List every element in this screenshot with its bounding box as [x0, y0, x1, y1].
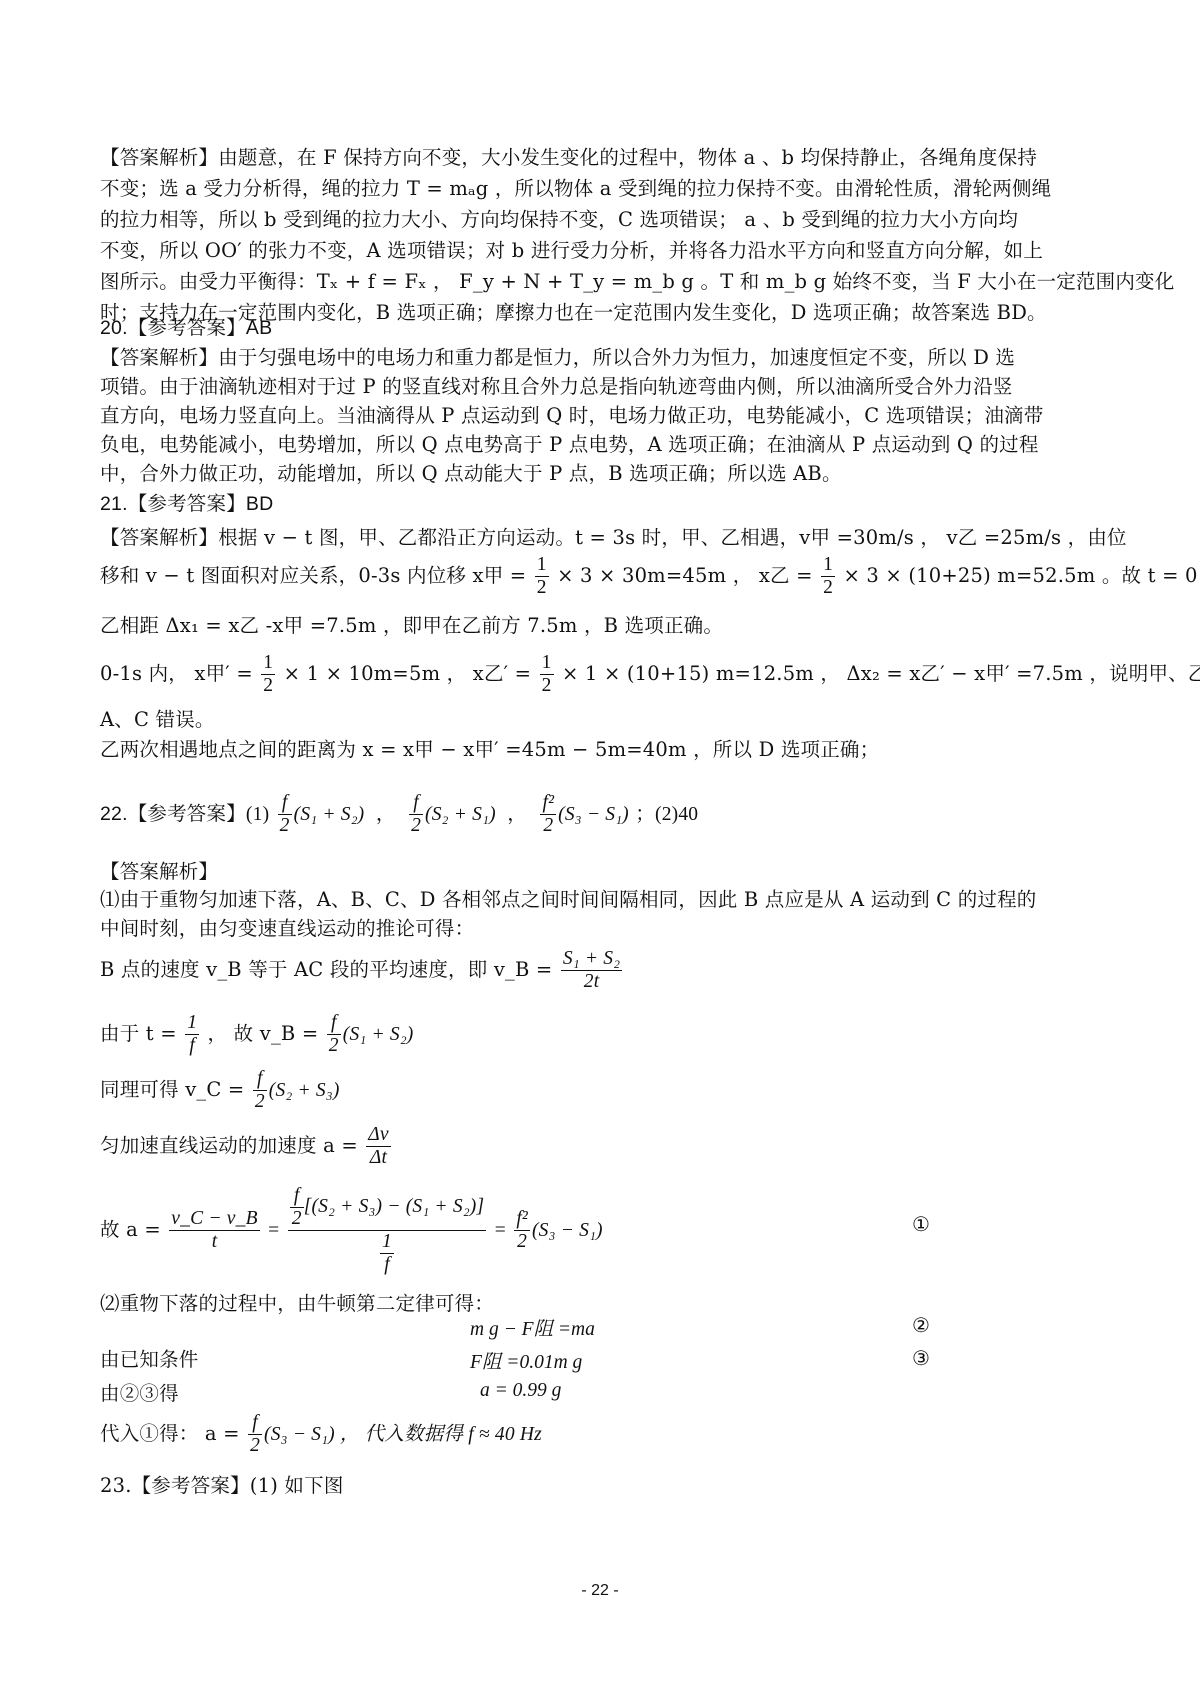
fraction-f-over-2: f2 — [248, 1412, 262, 1457]
q21-line2-text-a: × 3 × 30m=45m ， — [557, 564, 752, 587]
vb-expr: (S₁ + S₂) — [343, 1024, 414, 1045]
vb-text-2: ， 故 v_B = — [208, 1022, 319, 1045]
fraction-f-over-2: f2 — [327, 1012, 341, 1057]
answer-vb: (S₁ + S₂) — [294, 804, 365, 825]
page-number: - 22 - — [0, 1582, 1200, 1600]
equation-newton: m g − F阻 =ma — [470, 1313, 595, 1341]
fraction-half: 12 — [261, 652, 275, 697]
equation-marker-3: ③ — [912, 1346, 930, 1370]
q19-analysis-line-5: 图所示。由受力平衡得：Tₓ + f = Fₓ ， F_y + N + T_y =… — [100, 268, 1100, 296]
q22-part2-line: ⑵重物下落的过程中，由牛顿第二定律可得： — [100, 1290, 1100, 1318]
q22-analysis-line-1: ⑴由于重物匀加速下落，A、B、C、D 各相邻点之间时间间隔相同，因此 B 点应是… — [100, 886, 1100, 914]
q22-answer-header: 22.【参考答案】 — [100, 803, 246, 825]
fraction-f-over-2: f2 — [278, 792, 292, 837]
q21-analysis-line-2: 移和 v − t 图面积对应关系，0-3s 内位移 x甲 = 12 × 3 × … — [100, 552, 1100, 600]
fraction-half: 12 — [540, 652, 554, 697]
q20-analysis-line-4: 负电，电势能减小，电势增加，所以 Q 点电势高于 P 点电势，A 选项正确；在油… — [100, 431, 1100, 459]
q21-analysis-line-6: 乙两次相遇地点之间的距离为 x = x甲 − x甲′ =45m − 5m=40m… — [100, 736, 1100, 764]
t-text: 由于 t = — [100, 1022, 177, 1045]
fraction-half: 12 — [821, 554, 835, 599]
q21-analysis-line-3: 乙相距 Δx₁ = x乙 -x甲 =7.5m ，即甲在乙前方 7.5m ，B 选… — [100, 612, 1100, 640]
q22-t-line: 由于 t = 1f ， 故 v_B = f2(S₁ + S₂) — [100, 1010, 1100, 1059]
fraction-vc-minus-vb: v_C − v_Bt — [169, 1208, 259, 1253]
q22-vc-line: 同理可得 v_C = f2(S₂ + S₃) — [100, 1066, 1100, 1115]
known-condition-label: 由已知条件 — [100, 1346, 1100, 1374]
part-label: (1) — [246, 804, 269, 825]
a-text: 故 a = — [100, 1218, 161, 1241]
equation-marker-2: ② — [912, 1313, 930, 1337]
vc-expr: (S₂ + S₃) — [269, 1080, 340, 1101]
equation-marker-1: ① — [912, 1212, 930, 1236]
q20-analysis-line-5: 中，合外力做正功，动能增加，所以 Q 点动能大于 P 点，B 选项正确；所以选 … — [100, 460, 1100, 488]
q22-vb-line: B 点的速度 v_B 等于 AC 段的平均速度，即 v_B = S₁ + S₂2… — [100, 946, 1100, 994]
q21-analysis-line-5: A、C 错误。 — [100, 706, 1100, 734]
vc-text: 同理可得 v_C = — [100, 1078, 244, 1101]
q22-a-derivation-line: 故 a = v_C − v_Bt = f2[(S₂ + S₃) − (S₁ + … — [100, 1185, 1100, 1276]
fraction-vb: S₁ + S₂2t — [561, 948, 622, 993]
equation-accel-value: a = 0.99 g — [480, 1380, 561, 1402]
q23-answer-header: 23.【参考答案】(1) 如下图 — [100, 1472, 1100, 1500]
q19-analysis-line-3: 的拉力相等，所以 b 受到绳的拉力大小、方向均保持不变，C 选项错误； a 、b… — [100, 206, 1100, 234]
fraction-f-over-2: f2 — [409, 792, 423, 837]
q21-line4-text-a: 0-1s 内， x甲′ = — [100, 662, 253, 685]
a-expr: (S₃ − S₁) — [532, 1220, 603, 1241]
fraction-f-over-2: f2 — [253, 1068, 267, 1113]
document-page: 【答案解析】由题意，在 F 保持方向不变，大小发生变化的过程中，物体 a 、b … — [0, 0, 1200, 1698]
answer-part2: ；(2)40 — [635, 804, 698, 825]
q20-analysis-line-1: 【答案解析】由于匀强电场中的电场力和重力都是恒力，所以合外力为恒力，加速度恒定不… — [100, 344, 1100, 372]
substitute-expr: (S₃ − S₁) ， 代入数据得 f ≈ 40 Hz — [264, 1424, 542, 1445]
fraction-f2-over-2: f²2 — [514, 1208, 530, 1253]
substitute-text: 代入①得： a = — [100, 1422, 240, 1445]
vb-text: B 点的速度 v_B 等于 AC 段的平均速度，即 v_B = — [100, 958, 552, 981]
answer-vc: (S₂ + S₁) — [425, 804, 496, 825]
q22-answer-line: 22.【参考答案】(1) f2(S₁ + S₂) ， f2(S₂ + S₁) ，… — [100, 790, 1100, 839]
q22-analysis-title: 【答案解析】 — [100, 858, 1100, 886]
q21-analysis-line-1: 【答案解析】根据 v − t 图，甲、乙都沿正方向运动。t = 3s 时，甲、乙… — [100, 524, 1100, 552]
q21-line2-text-c: × 3 × (10+25) m=52.5m 。故 t = 0 时，甲 — [843, 564, 1200, 587]
q21-answer-header: 21.【参考答案】BD — [100, 490, 1100, 518]
q20-analysis-line-2: 项错。由于油滴轨迹相对于过 P 的竖直线对称且合外力总是指向轨迹弯曲内侧，所以油… — [100, 373, 1100, 401]
fraction-compound: f2[(S₂ + S₃) − (S₁ + S₂)] 1f — [288, 1185, 487, 1276]
fraction-dv-dt: ΔvΔt — [366, 1124, 391, 1169]
q20-analysis-line-3: 直方向，电场力竖直向上。当油滴得从 P 点运动到 Q 时，电场力做正功，电势能减… — [100, 402, 1100, 430]
q19-analysis-line-1: 【答案解析】由题意，在 F 保持方向不变，大小发生变化的过程中，物体 a 、b … — [100, 144, 1100, 172]
q22-analysis-line-2: 中间时刻，由匀变速直线运动的推论可得： — [100, 915, 1100, 943]
q21-analysis-line-4: 0-1s 内， x甲′ = 12 × 1 × 10m=5m ， x乙′ = 12… — [100, 650, 1100, 698]
equation-resistance: F阻 =0.01m g — [470, 1346, 582, 1374]
q21-line2-text-b: x乙 = — [759, 564, 813, 587]
q21-line4-text-c: × 1 × (10+15) m=12.5m ， Δx₂ = x乙′ − x甲′ … — [562, 662, 1200, 685]
fraction-f2-over-2: f²2 — [540, 792, 556, 837]
fraction-half: 12 — [535, 554, 549, 599]
q20-answer-header: 20.【参考答案】AB — [100, 314, 1100, 342]
q22-substitute-line: 代入①得： a = f2(S₃ − S₁) ， 代入数据得 f ≈ 40 Hz — [100, 1410, 1100, 1459]
q21-line4-text-b: × 1 × 10m=5m ， x乙′ = — [284, 662, 532, 685]
answer-a: (S₃ − S₁) — [558, 804, 629, 825]
q19-analysis-line-4: 不变，所以 OO′ 的张力不变，A 选项错误；对 b 进行受力分析，并将各力沿水… — [100, 237, 1100, 265]
fraction-1-over-f: 1f — [185, 1012, 199, 1057]
accel-text: 匀加速直线运动的加速度 a = — [100, 1134, 358, 1157]
q19-analysis-line-2: 不变；选 a 受力分析得，绳的拉力 T = mₐg ，所以物体 a 受到绳的拉力… — [100, 175, 1100, 203]
derived-label: 由②③得 — [100, 1380, 1100, 1408]
q21-line2-text: 移和 v − t 图面积对应关系，0-3s 内位移 x甲 = — [100, 564, 526, 587]
q22-accel-line: 匀加速直线运动的加速度 a = ΔvΔt — [100, 1122, 1100, 1170]
